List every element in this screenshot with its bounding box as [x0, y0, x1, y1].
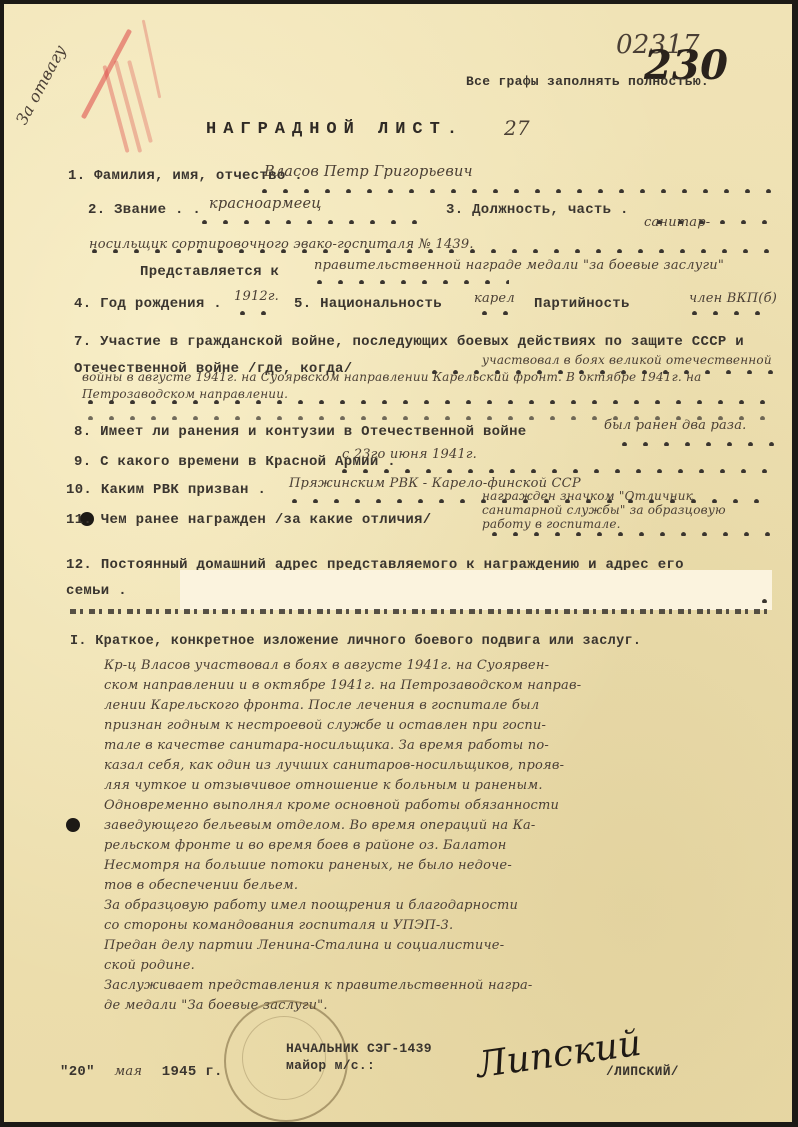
field-10-label: 10. Каким РВК призван . — [66, 482, 266, 498]
date-month: мая — [114, 1064, 142, 1079]
narrative-line: Одновременно выполнял кроме основной раб… — [104, 796, 724, 816]
margin-note-handwritten: За отвагу — [12, 42, 70, 128]
narrative-line: Кр-ц Власов участвовал в боях в августе … — [104, 656, 724, 676]
dotted-fill-line — [474, 311, 519, 315]
red-pencil-mark — [102, 65, 129, 153]
signatory-name: /ЛИПСКИЙ/ — [606, 1064, 679, 1079]
field-6-label: Партийность — [534, 296, 630, 312]
signer-position: НАЧАЛЬНИК СЭГ-1439 майор м/с.: — [286, 1040, 432, 1074]
narrative-line: тале в качестве санитара-носильщика. За … — [104, 736, 724, 756]
presented-for-label: Представляется к — [140, 264, 279, 280]
narrative-line: тов в обеспечении бельем. — [104, 876, 724, 896]
section-heading: I. Краткое, конкретное изложение личного… — [70, 634, 641, 649]
dotted-fill-line — [684, 311, 774, 315]
section-separator — [70, 609, 770, 614]
dotted-fill-line — [424, 370, 774, 374]
field-7-value: участвовал в боях великой отечественной … — [82, 352, 782, 403]
narrative-line: ском направлении и в октябре 1941г. на П… — [104, 676, 724, 696]
presented-for-value: правительственной награде медали "за бое… — [314, 258, 724, 273]
narrative-line: ляя чуткое и отзывчивое отношение к боль… — [104, 776, 724, 796]
narrative-line: казал себя, как один из лучших санитаров… — [104, 756, 724, 776]
date-day: "20" — [60, 1064, 95, 1080]
narrative-block: Кр-ц Власов участвовал в боях в августе … — [104, 656, 724, 1016]
field-5-value: карел — [474, 291, 515, 306]
narrative-line: Заслуживает представления к правительств… — [104, 976, 724, 996]
date-year: 1945 г. — [162, 1064, 223, 1080]
narrative-line: рельском фронте и во время боев в районе… — [104, 836, 724, 856]
award-sheet-document: За отвагу 02317 230 Все графы заполнять … — [4, 4, 792, 1122]
red-pencil-mark — [114, 60, 142, 153]
dotted-fill-line — [309, 280, 509, 284]
field-4-value: 1912г. — [234, 289, 279, 304]
narrative-line: Несмотря на большие потоки раненых, не б… — [104, 856, 724, 876]
field-9-value: с 23го июня 1941г. — [342, 447, 477, 462]
page-title: НАГРАДНОЙ ЛИСТ. — [206, 120, 464, 139]
field-6-value: член ВКП(б) — [689, 291, 777, 306]
narrative-line: За образцовую работу имел поощрения и бл… — [104, 896, 724, 916]
narrative-line: признан годным к нестроевой службе и ост… — [104, 716, 724, 736]
dotted-fill-line — [254, 189, 774, 193]
sheet-number: 27 — [504, 116, 530, 140]
dotted-fill-line — [84, 249, 774, 253]
instruction-line: Все графы заполнять полностью. — [466, 74, 709, 89]
dotted-fill-line — [754, 599, 774, 603]
field-11-value: награжден значком "Отличник санитарной с… — [482, 489, 752, 531]
narrative-line: ской родине. — [104, 956, 724, 976]
field-2-value: красноармеец — [209, 196, 322, 212]
punch-hole — [66, 818, 80, 832]
field-4-label: 4. Год рождения . — [74, 296, 222, 312]
dotted-fill-line — [649, 220, 774, 224]
field-5-label: 5. Национальность — [294, 296, 442, 312]
dotted-fill-line — [80, 400, 774, 404]
narrative-line: де медали "За боевые заслуги". — [104, 996, 724, 1016]
narrative-line: лении Карельского фронта. После лечения … — [104, 696, 724, 716]
narrative-line: Предан делу партии Ленина-Сталина и соци… — [104, 936, 724, 956]
date-line: "20" мая 1945 г. — [60, 1062, 223, 1080]
narrative-line: со стороны командования госпиталя и УПЭП… — [104, 916, 724, 936]
redacted-address — [180, 570, 772, 610]
narrative-line: заведующего бельевым отделом. Во время о… — [104, 816, 724, 836]
red-pencil-mark — [127, 60, 153, 143]
dotted-fill-line — [334, 469, 774, 473]
dotted-fill-line — [484, 532, 774, 536]
dotted-fill-line — [232, 311, 272, 315]
field-8-value: был ранен два раза. — [604, 418, 747, 433]
red-pencil-mark — [142, 20, 162, 99]
field-11-label: 11. Чем ранее награжден /за какие отличи… — [66, 512, 431, 528]
field-8-label: 8. Имеет ли ранения и контузии в Отечест… — [74, 424, 526, 440]
dotted-fill-line — [614, 442, 774, 446]
field-1-value: Власов Петр Григорьевич — [264, 164, 473, 180]
